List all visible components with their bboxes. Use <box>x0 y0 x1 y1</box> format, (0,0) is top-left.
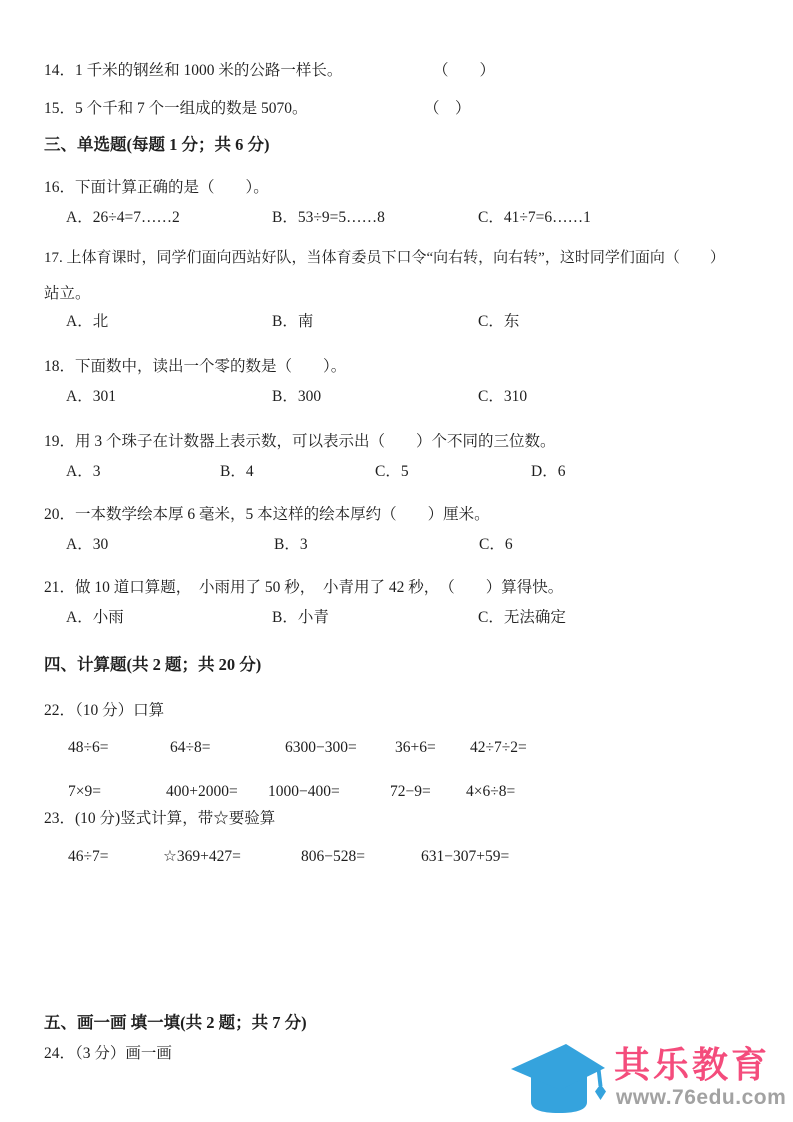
question-17-stem-line2: 站立。 <box>44 283 91 305</box>
calc-expression: 4×6÷8= <box>466 781 515 803</box>
question-22-row1: 48÷6= 64÷8= 6300−300= 36+6= 42÷7÷2= <box>0 737 793 759</box>
answer-bracket-15: （ ） <box>424 98 471 120</box>
calc-expression: 400+2000= <box>166 781 238 803</box>
judge-question-15: 15．5 个千和 7 个一组成的数是 5070。 <box>44 98 308 120</box>
section-heading-3: 三、单选题(每题 1 分；共 6 分) <box>44 134 270 156</box>
option-17-a: A．北 <box>66 311 108 333</box>
calc-expression: 806−528= <box>301 846 365 868</box>
option-21-c: C．无法确定 <box>478 607 566 629</box>
option-16-c: C．41÷7=6……1 <box>478 207 591 229</box>
question-17-stem-line1: 17. 上体育课时，同学们面向西站好队，当体育委员下口令“向右转，向右转”，这时… <box>44 247 725 269</box>
exam-page: 14．1 千米的钢丝和 1000 米的公路一样长。 （ ） 15．5 个千和 7… <box>0 0 793 1122</box>
calc-expression: 7×9= <box>68 781 101 803</box>
calc-expression: 42÷7÷2= <box>470 737 527 759</box>
question-21-options: A．小雨 B．小青 C．无法确定 <box>0 607 793 629</box>
answer-bracket-14: （ ） <box>433 60 495 82</box>
calc-expression: 64÷8= <box>170 737 211 759</box>
option-19-c: C．5 <box>375 461 409 483</box>
option-18-a: A．301 <box>66 386 116 408</box>
question-21-stem: 21．做 10 道口算题， 小雨用了 50 秒， 小青用了 42 秒， （ ）算… <box>44 577 563 599</box>
calc-expression: 36+6= <box>395 737 436 759</box>
question-22-stem: 22．（10 分）口算 <box>44 700 164 722</box>
brand-logo: 其乐教育 www.76edu.com <box>508 1038 793 1122</box>
brand-name: 其乐教育 <box>614 1046 770 1084</box>
option-17-c: C．东 <box>478 311 519 333</box>
section-heading-5: 五、画一画 填一填(共 2 题；共 7 分) <box>44 1012 307 1034</box>
question-18-options: A．301 B．300 C．310 <box>0 386 793 408</box>
option-16-a: A．26÷4=7……2 <box>66 207 180 229</box>
question-19-stem: 19．用 3 个珠子在计数器上表示数，可以表示出（ ）个不同的三位数。 <box>44 431 556 453</box>
section-heading-4: 四、计算题(共 2 题；共 20 分) <box>44 654 261 676</box>
question-18-stem: 18．下面数中，读出一个零的数是（ ）。 <box>44 356 346 378</box>
option-19-a: A．3 <box>66 461 100 483</box>
option-19-d: D．6 <box>531 461 565 483</box>
option-18-c: C．310 <box>478 386 527 408</box>
brand-website: www.76edu.com <box>616 1087 786 1109</box>
calc-expression: 72−9= <box>390 781 431 803</box>
calc-expression: 48÷6= <box>68 737 109 759</box>
option-21-b: B．小青 <box>272 607 329 629</box>
question-24-stem: 24．（3 分）画一画 <box>44 1043 172 1065</box>
calc-expression: 631−307+59= <box>421 846 509 868</box>
question-19-options: A．3 B．4 C．5 D．6 <box>0 461 793 483</box>
option-18-b: B．300 <box>272 386 321 408</box>
calc-expression: 1000−400= <box>268 781 340 803</box>
calc-expression: ☆369+427= <box>163 846 241 868</box>
question-16-stem: 16．下面计算正确的是（ ）。 <box>44 177 269 199</box>
question-16-options: A．26÷4=7……2 B．53÷9=5……8 C．41÷7=6……1 <box>0 207 793 229</box>
option-17-b: B．南 <box>272 311 313 333</box>
question-23-stem: 23．(10 分)竖式计算，带☆要验算 <box>44 808 275 830</box>
question-23-row: 46÷7= ☆369+427= 806−528= 631−307+59= <box>0 846 793 868</box>
graduation-cap-icon <box>508 1038 610 1122</box>
calc-expression: 6300−300= <box>285 737 357 759</box>
question-17-options: A．北 B．南 C．东 <box>0 311 793 333</box>
judge-question-14: 14．1 千米的钢丝和 1000 米的公路一样长。 <box>44 60 342 82</box>
calc-expression: 46÷7= <box>68 846 109 868</box>
option-20-a: A．30 <box>66 534 108 556</box>
question-20-options: A．30 B．3 C．6 <box>0 534 793 556</box>
question-20-stem: 20．一本数学绘本厚 6 毫米，5 本这样的绘本厚约（ ）厘米。 <box>44 504 490 526</box>
option-16-b: B．53÷9=5……8 <box>272 207 385 229</box>
option-21-a: A．小雨 <box>66 607 124 629</box>
option-20-b: B．3 <box>274 534 308 556</box>
option-19-b: B．4 <box>220 461 254 483</box>
option-20-c: C．6 <box>479 534 513 556</box>
question-22-row2: 7×9= 400+2000= 1000−400= 72−9= 4×6÷8= <box>0 781 793 803</box>
